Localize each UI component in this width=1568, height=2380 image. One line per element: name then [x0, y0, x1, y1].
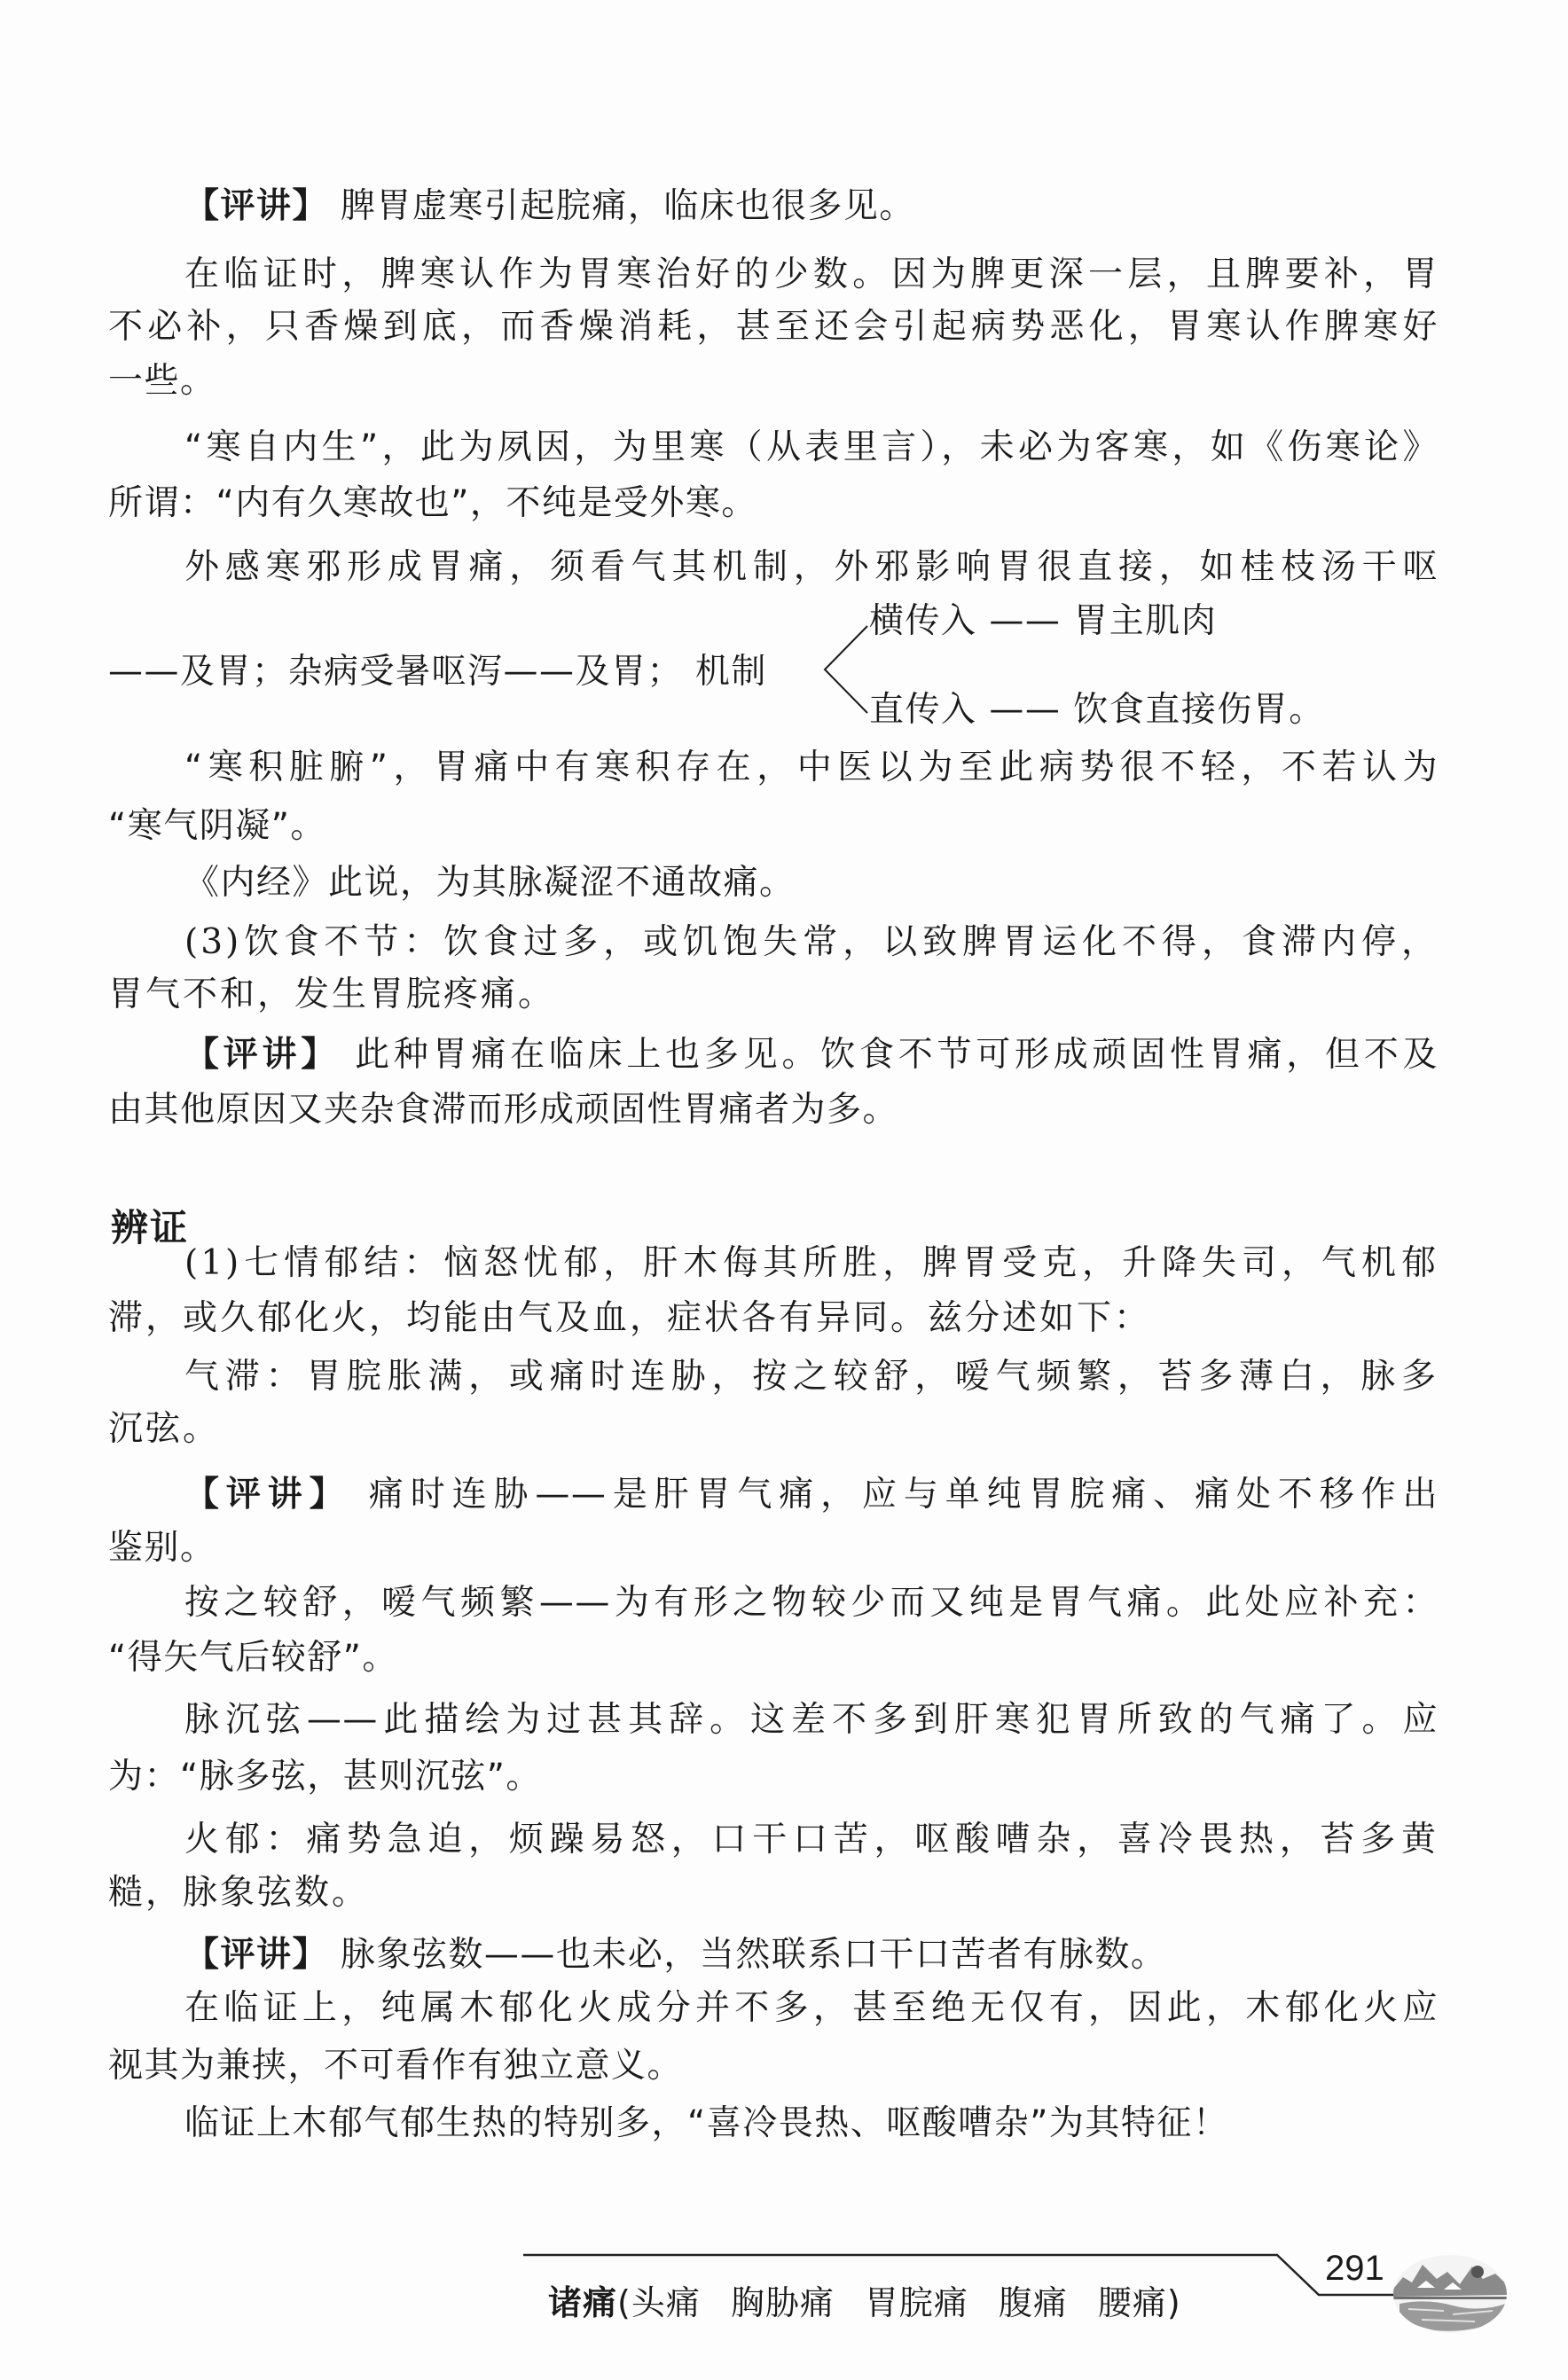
paragraph-line: 沉弦。: [108, 1409, 1439, 1450]
paragraph-line: 鉴别。: [108, 1528, 1439, 1569]
paragraph-line: 所谓：“内有久寒故也”，不纯是受外寒。: [108, 483, 1439, 524]
branch-bracket-icon: [821, 621, 874, 718]
paragraph-line: 【评讲】 痛时连胁——是肝胃气痛，应与单纯胃脘痛、痛处不移作出: [184, 1475, 1439, 1515]
paragraph-line: (3)饮食不节：饮食过多，或饥饱失常，以致脾胃运化不得，食滞内停，: [184, 922, 1439, 963]
mechanism-diagram-stem: ——及胃；杂病受暑呕泻——及胃； 机制: [108, 652, 767, 693]
paragraph-line: 气滞：胃脘胀满，或痛时连胁，按之较舒，嗳气频繁，苔多薄白，脉多: [184, 1357, 1439, 1397]
paragraph-line: 【评讲】 脾胃虚寒引起脘痛，临床也很多见。: [184, 186, 1439, 227]
paragraph-line: “得矢气后较舒”。: [108, 1638, 1439, 1679]
paragraph-line: 滞，或久郁化火，均能由气及血，症状各有异同。兹分述如下：: [108, 1298, 1439, 1339]
paragraph-line: 外感寒邪形成胃痛，须看气其机制，外邪影响胃很直接，如桂枝汤干呕: [184, 547, 1439, 588]
paragraph-line: 一些。: [108, 361, 1439, 402]
running-title: 诸痛(头痛胸胁痛胃脘痛腹痛腰痛): [548, 2275, 1181, 2324]
paragraph-line: (1)七情郁结：恼怒忧郁，肝木侮其所胜，脾胃受克，升降失司，气机郁: [184, 1243, 1439, 1284]
mechanism-branch-horizontal: 横传入 —— 胃主肌肉: [869, 601, 1217, 642]
page-number: 291: [1325, 2249, 1384, 2289]
section-heading: 辨证: [111, 1199, 189, 1252]
commentary-tag: 【评讲】: [184, 1035, 340, 1075]
paragraph-line: 火郁：痛势急迫，烦躁易怒，口干口苦，呕酸嘈杂，喜冷畏热，苔多黄: [184, 1820, 1439, 1860]
commentary-tag: 【评讲】: [184, 1475, 351, 1515]
paragraph-line: 在临证上，纯属木郁化火成分并不多，甚至绝无仅有，因此，木郁化火应: [184, 1988, 1439, 2029]
paragraph-line: 为：“脉多弦，甚则沉弦”。: [108, 1757, 1439, 1797]
mechanism-branch-direct: 直传入 —— 饮食直接伤胃。: [869, 690, 1325, 731]
commentary-tag: 【评讲】: [184, 186, 328, 226]
paragraph-line: 【评讲】 此种胃痛在临床上也多见。饮食不节可形成顽固性胃痛，但不及: [184, 1035, 1439, 1076]
paragraph-line: 《内经》此说，为其脉凝涩不通故痛。: [184, 863, 1439, 904]
paragraph-line: 糙，脉象弦数。: [108, 1873, 1439, 1914]
paragraph-line: 脉沉弦——此描绘为过甚其辞。这差不多到肝寒犯胃所致的气痛了。应: [184, 1700, 1439, 1741]
paragraph-line: 按之较舒，嗳气频繁——为有形之物较少而又纯是胃气痛。此处应补充：: [184, 1583, 1439, 1624]
paragraph-line: 由其他原因又夹杂食滞而形成顽固性胃痛者为多。: [108, 1090, 1439, 1131]
running-title-main: 诸痛: [548, 2283, 617, 2322]
paragraph-line: “寒气阴凝”。: [108, 806, 1439, 847]
paragraph-line: 视其为兼挟，不可看作有独立意义。: [108, 2046, 1439, 2086]
paragraph-line: 临证上木郁气郁生热的特别多，“喜冷畏热、呕酸嘈杂”为其特征！: [184, 2103, 1439, 2144]
paragraph-line: “寒积脏腑”，胃痛中有寒积存在，中医以为至此病势很不轻，不若认为: [184, 748, 1439, 788]
paragraph-line: 在临证时，脾寒认作为胃寒治好的少数。因为脾更深一层，且脾要补，胃: [184, 254, 1439, 295]
paragraph-line: 【评讲】 脉象弦数——也未必，当然联系口干口苦者有脉数。: [184, 1935, 1439, 1976]
landscape-ornament-icon: [1391, 2252, 1510, 2337]
paragraph-line: 不必补，只香燥到底，而香燥消耗，甚至还会引起病势恶化，胃寒认作脾寒好: [108, 307, 1439, 348]
book-page: 【评讲】 脾胃虚寒引起脘痛，临床也很多见。 在临证时，脾寒认作为胃寒治好的少数。…: [0, 0, 1568, 2380]
commentary-tag: 【评讲】: [184, 1935, 328, 1975]
paragraph-line: 胃气不和，发生胃脘疼痛。: [108, 975, 1439, 1015]
paragraph-line: “寒自内生”，此为夙因，为里寒（从表里言），未必为客寒，如《伤寒论》: [184, 427, 1439, 468]
